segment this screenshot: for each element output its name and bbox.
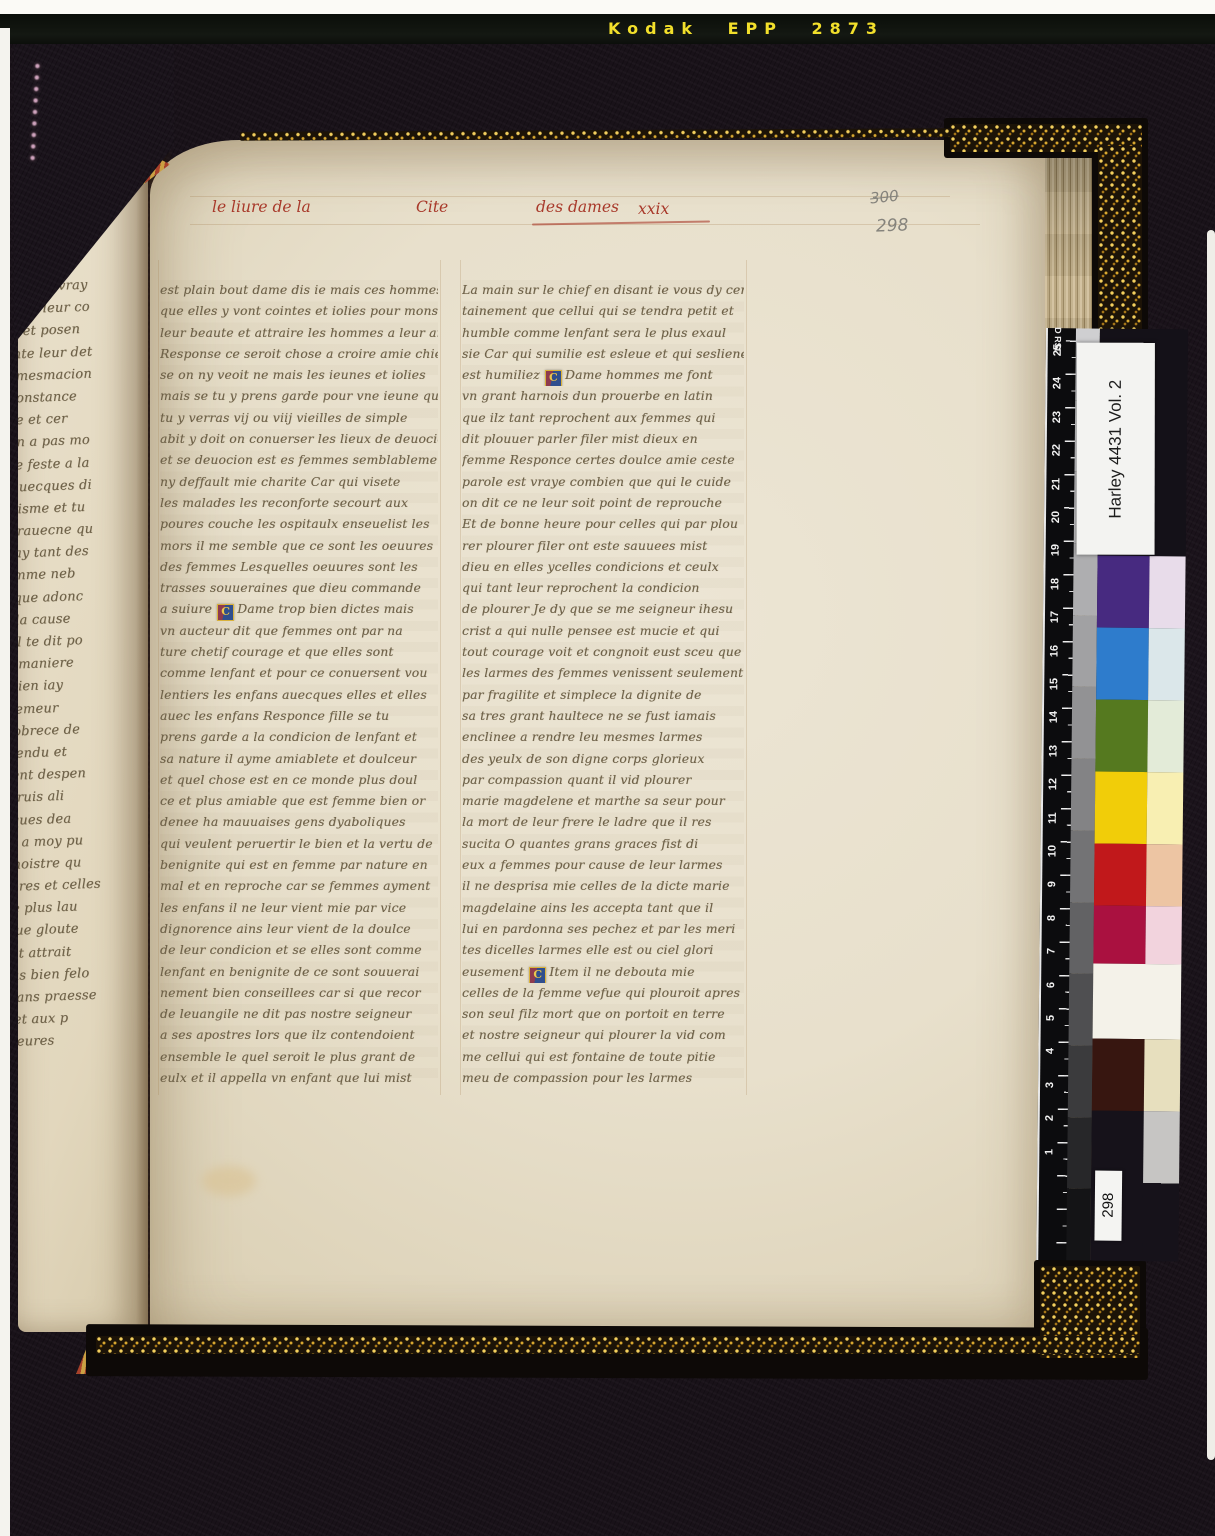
- grayscale-step: [1066, 1189, 1091, 1261]
- patch-row-brown: [1092, 1039, 1181, 1112]
- ruling-line: [158, 260, 159, 1095]
- manuscript-text-line: est plain bout dame dis ie mais ces homm…: [160, 280, 438, 301]
- ruler-maker-text: D RSI: [1053, 327, 1063, 343]
- verso-text-column: que ce nest mie vrayen garde fors leur c…: [18, 273, 148, 1056]
- manuscript-text-line: marie magdelene et marthe sa seur pour: [462, 791, 744, 812]
- color-patch-blue: [1096, 628, 1149, 701]
- ruler-number: 23: [1051, 409, 1063, 425]
- illuminated-initial: C: [217, 604, 234, 620]
- manuscript-text-line: denee ha mauuaises gens dyaboliques: [160, 812, 438, 833]
- manuscript-text-line: femme Responce certes doulce amie ceste: [462, 450, 744, 471]
- manuscript-text-line: comme lenfant et pour ce conuersent vou: [160, 663, 438, 684]
- manuscript-text-line: qui tant leur reprochent la condicion: [462, 578, 744, 599]
- film-border-top: [0, 0, 1215, 14]
- manuscript-text-line: lenfant en benignite de ce sont souuerai: [160, 962, 438, 983]
- manuscript-text-line: que ilz tant reprochent aux femmes qui: [462, 408, 744, 429]
- manuscript-text-line: nement bien conseillees car si que recor: [160, 983, 438, 1004]
- text-column-1: est plain bout dame dis ie mais ces homm…: [160, 280, 438, 1089]
- ruler-number: 5: [1045, 1010, 1057, 1026]
- manuscript-text-line: dignorence ains leur vient de la doulce: [160, 919, 438, 940]
- manuscript-text-line: il ne desprisa mie celles de la dicte ma…: [462, 876, 744, 897]
- ruler-number: 14: [1048, 709, 1060, 725]
- manuscript-text-line: humble comme lenfant sera le plus exaul: [462, 323, 744, 344]
- folio-sticker: 298: [1094, 1171, 1122, 1241]
- color-patch-white: [1093, 964, 1182, 1040]
- tint-patch-blue: [1148, 628, 1185, 700]
- illuminated-initial: C: [529, 967, 546, 983]
- manuscript-text-line: sa tres grant haultece ne se fust iamais: [462, 706, 744, 727]
- patch-row-green: [1095, 700, 1184, 773]
- ruler-number: 7: [1045, 943, 1057, 959]
- ruler-number: 16: [1049, 643, 1061, 659]
- ruling-line: [746, 260, 747, 1095]
- ruler-number: 10: [1046, 843, 1058, 859]
- manuscript-text-line: les malades les reconforte secourt aux: [160, 493, 438, 514]
- ruler-number: 18: [1049, 576, 1061, 592]
- ruler-number: 17: [1049, 609, 1061, 625]
- manuscript-text-line: Response ce seroit chose a croire amie c…: [160, 344, 438, 365]
- patch-row-purple: [1097, 556, 1186, 629]
- ruler-number: 15: [1048, 676, 1060, 692]
- photograph-frame: Kodak EPP 2873 es xxix que ce nest mie v…: [0, 0, 1215, 1536]
- manuscript-text-line: sie Car qui sumilie est esleue et qui se…: [462, 344, 744, 365]
- folio-sticker-text: 298: [1100, 1193, 1117, 1218]
- text-column-2: La main sur le chief en disant ie vous d…: [462, 280, 744, 1089]
- manuscript-text-line: tu y verras vij ou viij vieilles de simp…: [160, 408, 438, 429]
- manuscript-text-line: a suiure CDame trop bien dictes mais: [160, 599, 438, 620]
- manuscript-text-line: et se deuocion est es femmes semblableme…: [160, 450, 438, 471]
- manuscript-text-line: qui veulent peruertir le bien et la vert…: [160, 834, 438, 855]
- kodak-film-label: Kodak EPP 2873: [608, 19, 884, 38]
- ruler-number: 24: [1051, 375, 1063, 391]
- manuscript-text-line: magdelaine ains les accepta tant que il: [462, 898, 744, 919]
- manuscript-text-line: La main sur le chief en disant ie vous d…: [462, 280, 744, 301]
- color-patch-purple: [1097, 556, 1150, 629]
- tint-patch-brown: [1144, 1039, 1181, 1111]
- color-patch-brown: [1092, 1039, 1145, 1112]
- ruler-number: 19: [1050, 542, 1062, 558]
- ruler-number: 21: [1050, 476, 1062, 492]
- grayscale-step: [1072, 615, 1097, 687]
- color-patch-crimson: [1093, 906, 1146, 965]
- manuscript-text-line: vn grant harnois dun prouerbe en latin: [462, 386, 744, 407]
- manuscript-text-line: mal et en reproche car se femmes ayment: [160, 876, 438, 897]
- manuscript-text-line: ce et plus amiable que est femme bien or: [160, 791, 438, 812]
- tint-patch-red: [1146, 844, 1183, 906]
- manuscript-text-line: se on ny veoit ne mais les ieunes et iol…: [160, 365, 438, 386]
- grayscale-step: [1067, 1117, 1092, 1189]
- manuscript-text-line: par compassion quant il vid plourer: [462, 770, 744, 791]
- manuscript-text-line: leur beaute et attraire les hommes a leu…: [160, 323, 438, 344]
- tint-patch-green: [1147, 700, 1184, 772]
- pencil-foliation-crossed-out: 300: [869, 187, 899, 208]
- manuscript-text-line: eux a femmes pour cause de leur larmes: [462, 855, 744, 876]
- manuscript-text-line: de leur condicion et se elles sont comme: [160, 940, 438, 961]
- ruler-number: 12: [1047, 776, 1059, 792]
- patch-row-blue: [1096, 628, 1185, 701]
- parchment-stain: [202, 1166, 256, 1196]
- tint-patch-purple: [1149, 556, 1186, 628]
- manuscript-text-line: sa nature il ayme amiablete et doulceur: [160, 749, 438, 770]
- tint-patch-yellow: [1147, 772, 1184, 844]
- manuscript-text-line: sucita O quantes grans graces fist di: [462, 834, 744, 855]
- manuscript-text-line: les enfans il ne leur vient mie par vice: [160, 898, 438, 919]
- film-strip: Kodak EPP 2873: [0, 14, 1215, 44]
- gold-tooling-top-strip: [240, 128, 952, 141]
- manuscript-text-line: de plourer Je dy que se me seigneur ihes…: [462, 599, 744, 620]
- patch-row-crimson: [1093, 906, 1182, 965]
- manuscript-text-line: lentiers les enfans auecques elles et el…: [160, 685, 438, 706]
- manuscript-text-line: tout courage voit et congnoit eust sceu …: [462, 642, 744, 663]
- grayscale-step: [1068, 973, 1093, 1045]
- ruler-number: 3: [1044, 1077, 1056, 1093]
- manuscript-text-line: rer plourer filer ont este sauuees mist: [462, 536, 744, 557]
- manuscript-text-line: on dit ce ne leur soit point de reprouch…: [462, 493, 744, 514]
- color-patch-red: [1094, 844, 1147, 907]
- manuscript-text-line: de leuangile ne dit pas nostre seigneur: [160, 1004, 438, 1025]
- illuminated-initial: C: [545, 370, 562, 386]
- manuscript-text-line: mais se tu y prens garde pour vne ieune …: [160, 386, 438, 407]
- grayscale-step: [1071, 758, 1096, 830]
- manuscript-text-line: et nostre seigneur qui plourer la vid co…: [462, 1025, 744, 1046]
- manuscript-text-line: es et seures: [18, 1027, 148, 1056]
- ruler-number: 8: [1046, 910, 1058, 926]
- tint-patch-black: [1142, 1111, 1180, 1261]
- manuscript-text-line: lui en pardonna ses pechez et par les me…: [462, 919, 744, 940]
- manuscript-text-line: eulx et il appella vn enfant que lui mis…: [160, 1068, 438, 1089]
- manuscript-text-line: vn aucteur dit que femmes ont par na: [160, 621, 438, 642]
- manuscript-text-line: trasses souueraines que dieu commande: [160, 578, 438, 599]
- recto-page: le liure de la Cite des dames xxix 300 2…: [150, 140, 1045, 1332]
- manuscript-text-line: a ses apostres lors que ilz contendoient: [160, 1025, 438, 1046]
- ruler-number: 13: [1047, 743, 1059, 759]
- running-header-part3: des dames: [536, 198, 619, 216]
- manuscript-text-line: eusement CItem il ne debouta mie: [462, 962, 744, 983]
- ruler-number: 1: [1043, 1144, 1055, 1160]
- ruler-number: 25: [1052, 342, 1064, 358]
- running-header-part1: le liure de la: [212, 198, 311, 216]
- manuscript-text-line: benignite qui est en femme par nature en: [160, 855, 438, 876]
- ruling-line: [440, 260, 441, 1095]
- running-header-part2: Cite: [416, 198, 448, 216]
- film-border-left: [0, 28, 10, 1536]
- patch-row-yellow: [1095, 772, 1184, 845]
- manuscript-text-line: et quel chose est en ce monde plus doul: [160, 770, 438, 791]
- grayscale-step: [1069, 902, 1094, 974]
- grayscale-step: [1068, 1045, 1093, 1117]
- tint-patch-crimson: [1145, 906, 1182, 964]
- ruler-number: 6: [1045, 977, 1057, 993]
- patch-row-white: [1093, 964, 1182, 1040]
- color-patch-green: [1095, 700, 1148, 773]
- ruler-number: 2: [1044, 1110, 1056, 1126]
- manuscript-text-line: celles de la femme vefue qui plouroit ap…: [462, 983, 744, 1004]
- manuscript-text-line: prens garde a la condicion de lenfant et: [160, 727, 438, 748]
- manuscript-text-line: la mort de leur frere le ladre que il re…: [462, 812, 744, 833]
- running-header-folio-roman: xxix: [638, 200, 669, 218]
- manuscript-text-line: dieu en elles ycelles condicions et ceul…: [462, 557, 744, 578]
- manuscript-text-line: par fragilite et simplece la dignite de: [462, 685, 744, 706]
- manuscript-text-line: les larmes des femmes venissent seulemen…: [462, 663, 744, 684]
- manuscript-text-line: parole est vraye combien que qui le cuid…: [462, 472, 744, 493]
- manuscript-text-line: crist a qui nulle pensee est mucie et qu…: [462, 621, 744, 642]
- manuscript-text-line: tainement que cellui qui se tendra petit…: [462, 301, 744, 322]
- color-patch-yellow: [1095, 772, 1148, 845]
- grayscale-step: [1070, 830, 1095, 902]
- shelfmark-text: Harley 4431 Vol. 2: [1106, 379, 1126, 518]
- manuscript-text-line: est humiliez CDame hommes me font: [462, 365, 744, 386]
- gold-tooling-bottom-strip: [96, 1336, 1140, 1354]
- ruler-number: 4: [1044, 1043, 1056, 1059]
- film-border-right: [1207, 230, 1215, 1460]
- facing-verso-page: es xxix que ce nest mie vrayen garde for…: [18, 148, 148, 1332]
- manuscript-text-line: tes dicelles larmes elle est ou ciel glo…: [462, 940, 744, 961]
- manuscript-text-line: ny deffault mie charite Car qui visete: [160, 472, 438, 493]
- manuscript-text-line: son seul filz mort que on portoit en ter…: [462, 1004, 744, 1025]
- ruler-number: 22: [1051, 442, 1063, 458]
- gold-tooling-right-band: [1098, 146, 1142, 338]
- patch-row-red: [1094, 844, 1183, 907]
- ruling-line: [190, 196, 950, 197]
- manuscript-text-line: enclinee a rendre leu mesmes larmes: [462, 727, 744, 748]
- manuscript-text-line: mors il me semble que ce sont les oeuure…: [160, 536, 438, 557]
- grayscale-step: [1071, 687, 1096, 759]
- shelfmark-label: Harley 4431 Vol. 2: [1077, 343, 1155, 555]
- manuscript-text-line: me cellui qui est fontaine de toute piti…: [462, 1047, 744, 1068]
- pencil-foliation-current: 298: [876, 215, 909, 236]
- manuscript-text-line: poures couche les ospitaulx enseuelist l…: [160, 514, 438, 535]
- ruler-number: 9: [1046, 876, 1058, 892]
- manuscript-text-line: auec les enfans Responce fille se tu: [160, 706, 438, 727]
- manuscript-text-line: abit y doit on conuerser les lieux de de…: [160, 429, 438, 450]
- manuscript-text-line: que elles y vont cointes et iolies pour …: [160, 301, 438, 322]
- manuscript-text-line: Et de bonne heure pour celles qui par pl…: [462, 514, 744, 535]
- ruling-line: [460, 260, 461, 1095]
- manuscript-text-line: des femmes Lesquelles oeuures sont les: [160, 557, 438, 578]
- color-calibration-bar: D RSI 2524232221201918171615141312111098…: [1036, 328, 1188, 1261]
- manuscript-text-line: des yeulx de son digne corps glorieux: [462, 749, 744, 770]
- manuscript-text-line: ensemble le quel seroit le plus grant de: [160, 1047, 438, 1068]
- manuscript-text-line: ture chetif courage et que elles sont: [160, 642, 438, 663]
- manuscript-text-line: dit plouuer parler filer mist dieux en: [462, 429, 744, 450]
- ruler-number: 20: [1050, 509, 1062, 525]
- manuscript-text-line: meu de compassion pour les larmes: [462, 1068, 744, 1089]
- ruler-number: 11: [1047, 810, 1059, 826]
